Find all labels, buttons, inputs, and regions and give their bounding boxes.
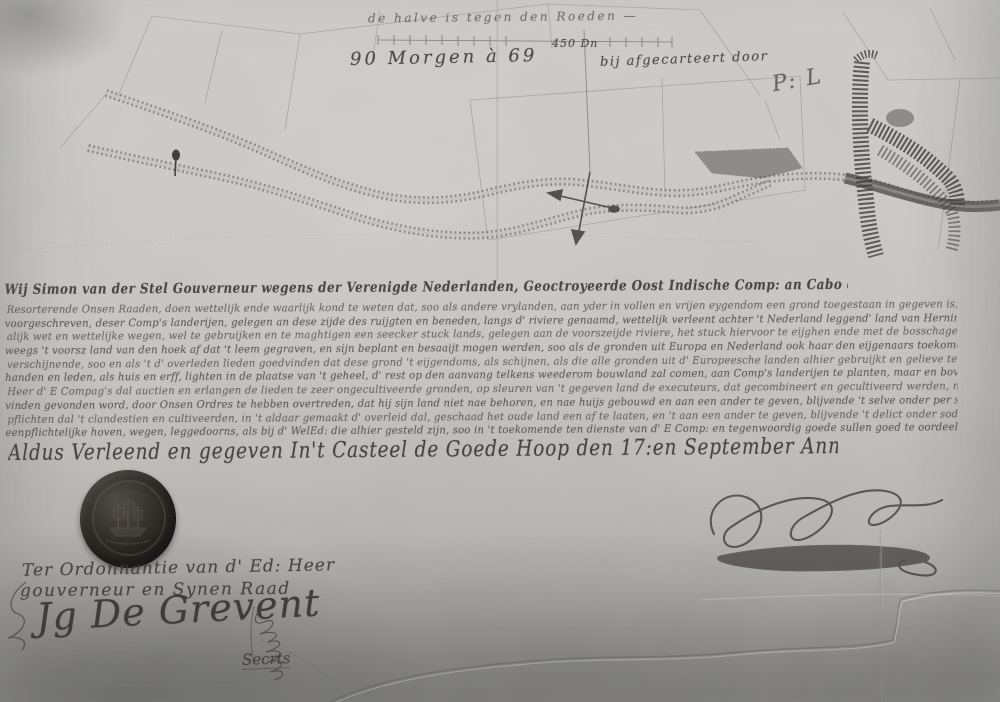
vegetation-thicket xyxy=(856,54,957,256)
vertical-crease xyxy=(879,530,882,702)
governor-signature xyxy=(698,478,960,580)
manuscript-text-block: Wij Simon van der Stel Gouverneur wegens… xyxy=(5,276,998,441)
wax-seal xyxy=(80,470,176,568)
map-value-note: 450 Dn xyxy=(552,37,598,50)
document-photo: de halve is tegen den Roeden — 90 Morgen… xyxy=(0,0,1000,702)
survey-map xyxy=(0,0,1000,275)
river-island xyxy=(695,148,802,178)
map-heading-note: de halve is tegen den Roeden — xyxy=(368,9,638,26)
margin-flourish xyxy=(0,580,38,652)
tree-symbol xyxy=(173,150,180,176)
map-area-note: 90 Morgen à 69 xyxy=(350,45,538,70)
ordinance-line-1: Ter Ordonnantie van d' Ed: Heer xyxy=(22,555,335,580)
vertical-crease xyxy=(496,0,499,280)
seal-ship-emblem xyxy=(80,470,176,568)
pen-scribbles xyxy=(244,604,298,686)
